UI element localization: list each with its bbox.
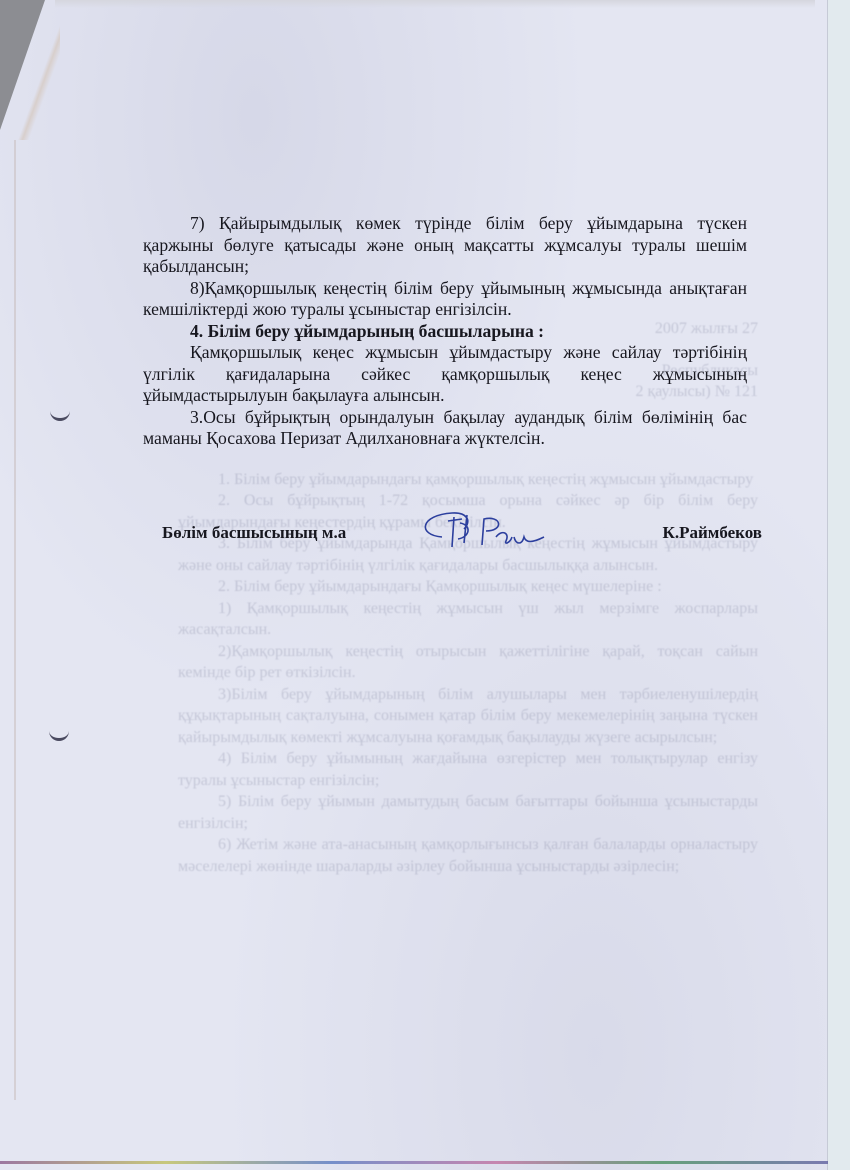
- scanner-bottom-artifact: [0, 1161, 828, 1164]
- ghost-line: 4) Білім беру ұйымының жағдайына өзгеріс…: [178, 748, 758, 791]
- folded-corner-edge: [0, 0, 60, 140]
- section-4-heading: 4. Білім беру ұйымдарының басшыларына :: [143, 321, 747, 343]
- ghost-line: 2)Қамқоршылық кеңестің отырысын қажеттіл…: [178, 641, 758, 684]
- ghost-line: 2. Білім беру ұйымдарындағы Қамқоршылық …: [178, 576, 758, 598]
- paragraph-item-8: 8)Қамқоршылық кеңестің білім беру ұйымын…: [143, 278, 747, 321]
- ghost-line: 3)Білім беру ұйымдарының білім алушылары…: [178, 684, 758, 749]
- ghost-line: 1. Білім беру ұйымдарындағы қамқоршылық …: [178, 469, 758, 491]
- document-body: 7) Қайырымдылық көмек түрінде білім беру…: [143, 213, 747, 450]
- paragraph-control-clause: 3.Осы бұйрықтың орындалуын бақылау аудан…: [143, 407, 747, 450]
- ghost-line: 6) Жетім және ата-анасының қамқорлығынсы…: [178, 834, 758, 877]
- ghost-line: 5) Білім беру ұйымын дамытудың басым бағ…: [178, 791, 758, 834]
- paragraph-section-4-body: Қамқоршылық кеңес жұмысын ұйымдастыру жә…: [143, 342, 747, 407]
- page-top-edge: [55, 0, 815, 8]
- right-scanner-strip: [827, 0, 850, 1170]
- scanned-page: 2007 жылғы 27 Республикасы 2 қаулысы) № …: [0, 0, 850, 1170]
- punch-hole-mark-top: [50, 408, 70, 421]
- ghost-line: 1) Қамқоршылық кеңестің жұмысын үш жыл м…: [178, 598, 758, 641]
- signatory-name: К.Раймбеков: [663, 523, 763, 543]
- left-binding-crease: [14, 140, 16, 1100]
- handwritten-signature-icon: [412, 507, 552, 557]
- punch-hole-mark-bottom: [49, 728, 69, 741]
- paragraph-item-7: 7) Қайырымдылық көмек түрінде білім беру…: [143, 213, 747, 278]
- signatory-title: Бөлім басшысының м.а: [162, 523, 346, 543]
- signature-block: Бөлім басшысының м.а К.Раймбеков: [162, 519, 762, 549]
